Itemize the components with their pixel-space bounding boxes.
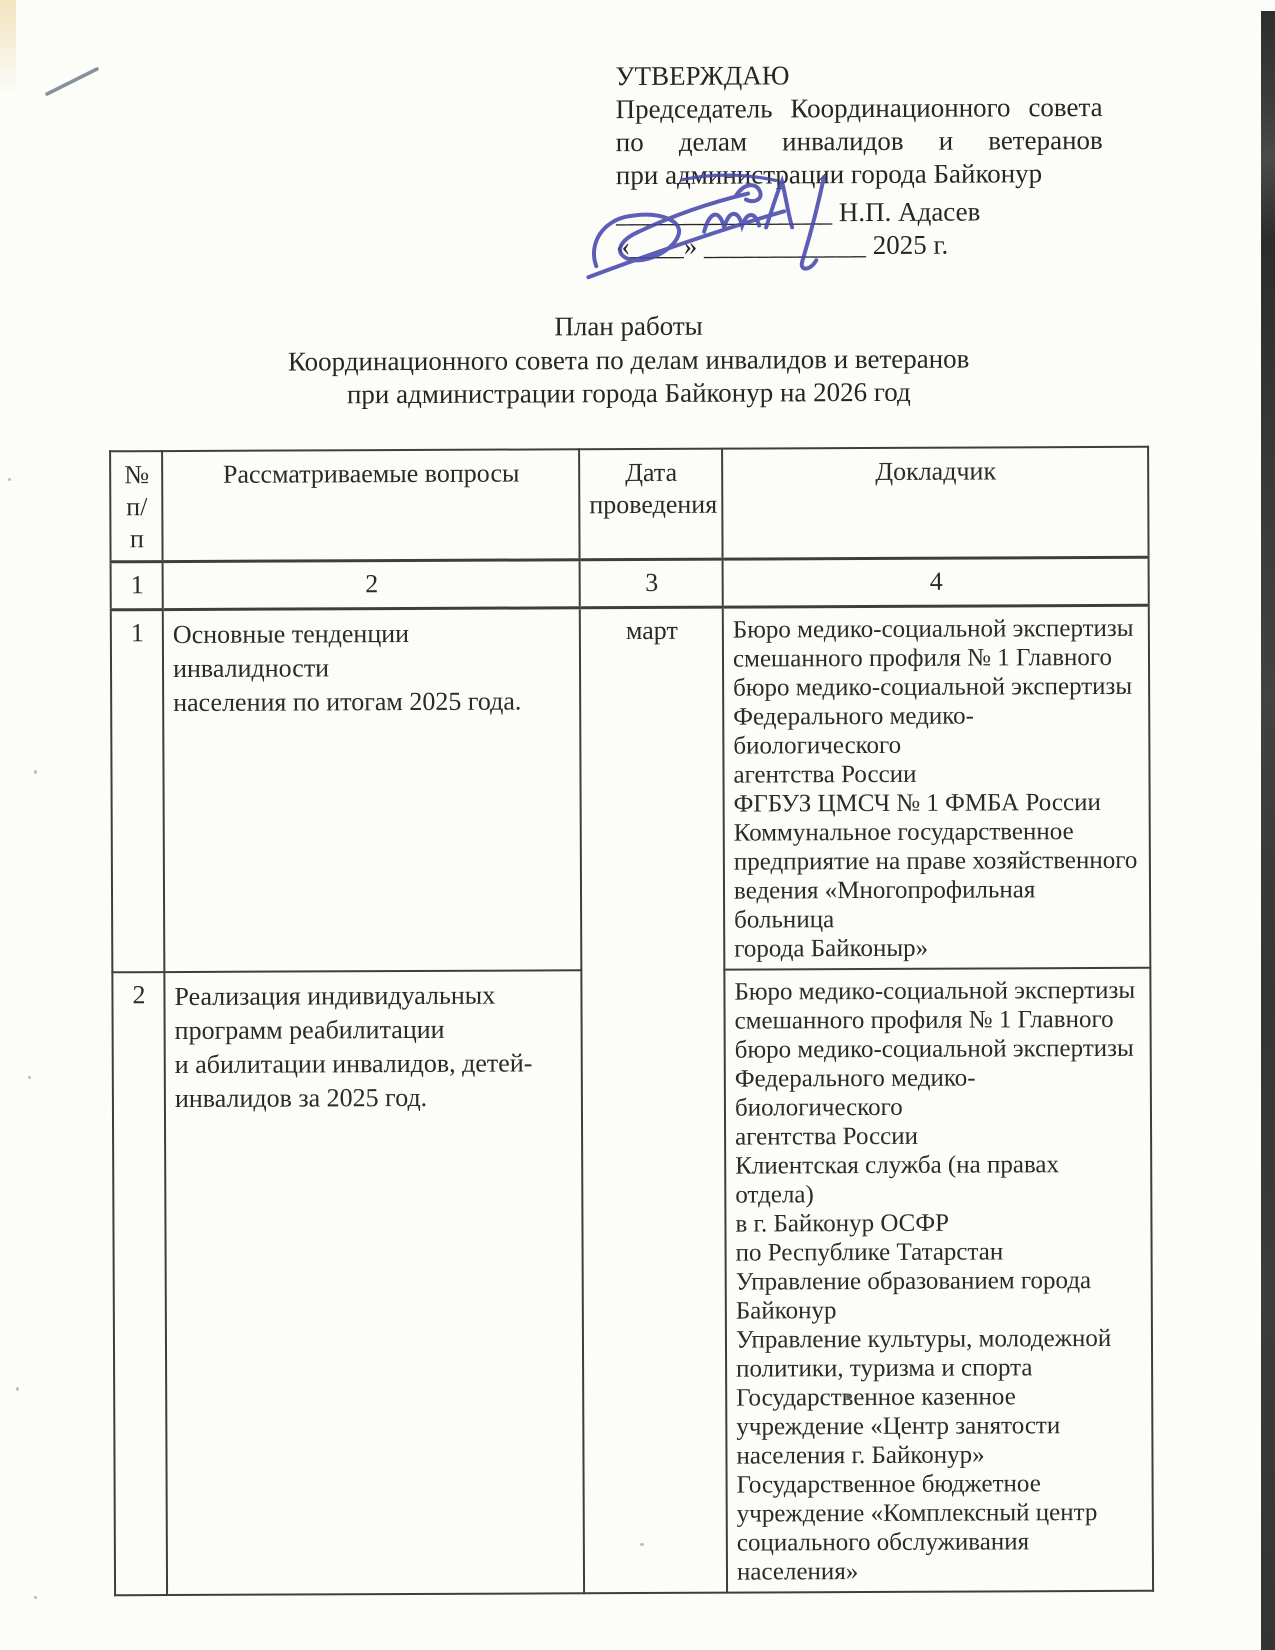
scan-speck <box>846 1394 851 1399</box>
header-date: Дата проведения <box>579 449 722 560</box>
row-date: март <box>580 607 727 1593</box>
document-page: УТВЕРЖДАЮ Председатель Координационного … <box>0 0 1275 1650</box>
row-question: Реализация индивидуальных программ реаби… <box>164 970 584 1595</box>
scan-smudge <box>0 0 16 95</box>
column-number: 4 <box>723 557 1149 607</box>
title-line: при администрации города Байконур на 202… <box>111 375 1147 413</box>
scan-speck <box>28 1076 31 1079</box>
scan-speck <box>16 1387 19 1391</box>
column-number-row: 1 2 3 4 <box>111 557 1149 610</box>
row-speaker: Бюро медико-социальной экспертизы смешан… <box>723 605 1151 969</box>
scan-speck <box>34 770 37 774</box>
table-row: 1 Основные тенденции инвалидности населе… <box>111 605 1151 972</box>
approval-line: Председатель Координационного совета <box>616 91 1103 126</box>
row-question: Основные тенденции инвалидности населени… <box>163 608 582 972</box>
row-number: 1 <box>111 610 165 973</box>
scanner-edge-shadow <box>1261 11 1275 1650</box>
column-number: 1 <box>111 562 163 610</box>
header-questions: Рассматриваемые вопросы <box>162 449 579 561</box>
title-line: План работы <box>110 308 1146 346</box>
approval-heading: УТВЕРЖДАЮ <box>615 58 1102 93</box>
scan-speck <box>640 1543 644 1546</box>
column-number: 2 <box>163 560 580 610</box>
pencil-mark <box>40 60 112 106</box>
scan-speck <box>34 1596 37 1599</box>
document-title: План работы Координационного совета по д… <box>110 308 1146 413</box>
header-speaker: Докладчик <box>722 447 1148 559</box>
table-header-row: № п/п Рассматриваемые вопросы Дата прове… <box>110 447 1148 562</box>
column-number: 3 <box>580 559 723 608</box>
approval-line: по делам инвалидов и ветеранов <box>616 124 1103 159</box>
title-line: Координационного совета по делам инвалид… <box>111 341 1147 379</box>
header-num: № п/п <box>110 451 162 562</box>
date-year: 2025 г. <box>873 230 949 260</box>
row-speaker: Бюро медико-социальной экспертизы смешан… <box>724 968 1153 1593</box>
plan-table: № п/п Рассматриваемые вопросы Дата прове… <box>109 446 1154 1597</box>
row-number: 2 <box>112 972 167 1595</box>
scan-speck <box>8 478 11 481</box>
handwritten-signature <box>586 169 878 284</box>
